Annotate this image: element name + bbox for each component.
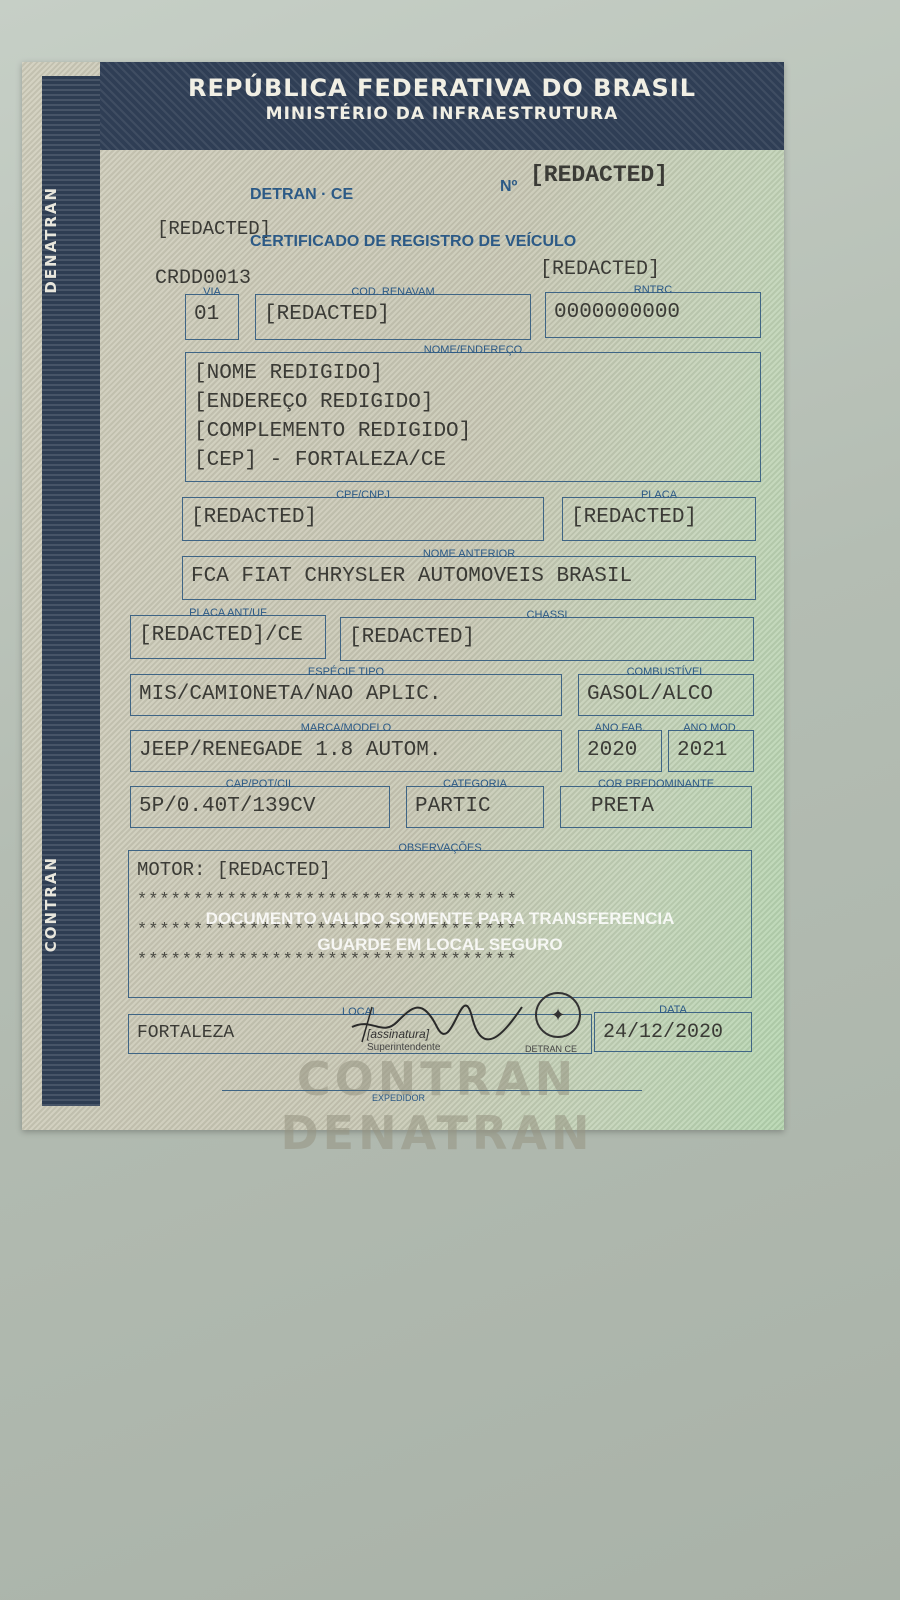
field-ano-fab: ANO FAB. 2020 <box>578 730 662 772</box>
field-ano-fab-label: ANO FAB. <box>592 722 649 734</box>
field-ano-mod-value: 2021 <box>677 739 727 762</box>
field-marca-modelo-value: JEEP/RENEGADE 1.8 AUTOM. <box>139 739 441 762</box>
overlay-transfer-notice: DOCUMENTO VALIDO SOMENTE PARA TRANSFEREN… <box>129 909 751 929</box>
number-prefix: Nº <box>500 178 517 196</box>
field-combustivel: COMBUSTÍVEL GASOL/ALCO <box>578 674 754 716</box>
field-renavam-label: COD. RENAVAM <box>348 286 437 298</box>
vehicle-registration-certificate: DENATRAN CONTRAN REPÚBLICA FEDERATIVA DO… <box>22 62 784 1130</box>
field-cpf-cnpj: CPF/CNPJ [REDACTED] <box>182 497 544 541</box>
side-label-bottom: CONTRAN <box>42 856 100 952</box>
field-ano-mod: ANO MOD. 2021 <box>668 730 754 772</box>
field-ano-mod-label: ANO MOD. <box>680 722 742 734</box>
field-renavam: COD. RENAVAM [REDACTED] <box>255 294 531 340</box>
field-ano-fab-value: 2020 <box>587 739 637 762</box>
detran-seal-icon: ✦ <box>535 992 581 1038</box>
document-title: CERTIFICADO DE REGISTRO DE VEÍCULO <box>250 233 576 251</box>
field-via-value: 01 <box>194 303 219 326</box>
header-republic: REPÚBLICA FEDERATIVA DO BRASIL <box>100 74 784 102</box>
field-local-value: FORTALEZA <box>137 1023 234 1043</box>
field-categoria: CATEGORIA PARTIC <box>406 786 544 828</box>
expedidor-line <box>222 1090 642 1091</box>
field-especie-tipo-label: ESPÉCIE TIPO <box>305 666 387 678</box>
field-combustivel-label: COMBUSTÍVEL <box>624 666 709 678</box>
field-especie-tipo: ESPÉCIE TIPO MIS/CAMIONETA/NAO APLIC. <box>130 674 562 716</box>
footer-emboss: CONTRAN DENATRAN <box>152 1052 722 1160</box>
field-data: DATA 24/12/2020 <box>594 1012 752 1052</box>
field-data-value: 24/12/2020 <box>603 1021 723 1044</box>
field-cap-pot-cil: CAP/POT/CIL 5P/0.40T/139CV <box>130 786 390 828</box>
field-nome-anterior-label: NOME ANTERIOR <box>420 548 518 560</box>
field-marca-modelo-label: MARCA/MODELO <box>298 722 394 734</box>
field-categoria-label: CATEGORIA <box>440 778 510 790</box>
field-combustivel-value: GASOL/ALCO <box>587 683 713 706</box>
field-via: VIA 01 <box>185 294 239 340</box>
field-placa-value: [REDACTED] <box>571 506 697 529</box>
field-especie-tipo-value: MIS/CAMIONETA/NAO APLIC. <box>139 683 441 706</box>
field-placa-anterior-label: PLACA ANT/UF <box>186 607 270 619</box>
field-cap-pot-cil-label: CAP/POT/CIL <box>223 778 297 790</box>
field-rntrc: RNTRC 0000000000 <box>545 292 761 338</box>
field-chassi-value: [REDACTED] <box>349 626 475 649</box>
side-security-band: DENATRAN CONTRAN <box>42 76 100 1106</box>
field-observacoes-label: OBSERVAÇÕES <box>395 842 484 854</box>
field-placa-anterior-value: [REDACTED]/CE <box>139 624 303 647</box>
field-nome-endereco: NOME/ENDEREÇO [NOME REDIGIDO] [ENDEREÇO … <box>185 352 761 482</box>
field-cor: COR PREDOMINANTE PRETA <box>560 786 752 828</box>
side-label-top: DENATRAN <box>42 186 100 294</box>
field-renavam-value: [REDACTED] <box>264 303 390 326</box>
field-rntrc-label: RNTRC <box>631 284 676 296</box>
serial-number-secondary: [REDACTED] <box>540 258 660 281</box>
signer-name: [assinatura] <box>367 1027 429 1041</box>
field-nome-endereco-label: NOME/ENDEREÇO <box>421 344 525 356</box>
stars-line-1: ********************************** <box>137 891 518 910</box>
header-ministry: MINISTÉRIO DA INFRAESTRUTURA <box>100 104 784 124</box>
field-chassi: CHASSI [REDACTED] <box>340 617 754 661</box>
motor-number: MOTOR: [REDACTED] <box>137 859 331 881</box>
field-cpf-cnpj-value: [REDACTED] <box>191 506 317 529</box>
field-cor-label: COR PREDOMINANTE <box>595 778 717 790</box>
field-cor-value: PRETA <box>591 795 654 818</box>
field-placa: PLACA [REDACTED] <box>562 497 756 541</box>
field-data-label: DATA <box>656 1004 690 1016</box>
field-nome-anterior-value: FCA FIAT CHRYSLER AUTOMOVEIS BRASIL <box>191 565 632 588</box>
field-marca-modelo: MARCA/MODELO JEEP/RENEGADE 1.8 AUTOM. <box>130 730 562 772</box>
field-nome-endereco-value: [NOME REDIGIDO] [ENDEREÇO REDIGIDO] [COM… <box>194 359 471 475</box>
field-placa-anterior: PLACA ANT/UF [REDACTED]/CE <box>130 615 326 659</box>
field-cpf-cnpj-label: CPF/CNPJ <box>333 489 393 501</box>
serial-number: [REDACTED] <box>530 162 668 188</box>
overlay-keep-safe: GUARDE EM LOCAL SEGURO <box>129 935 751 955</box>
field-rntrc-value: 0000000000 <box>554 301 680 324</box>
header-band: REPÚBLICA FEDERATIVA DO BRASIL MINISTÉRI… <box>100 62 784 150</box>
field-via-label: VIA <box>200 286 224 298</box>
field-categoria-value: PARTIC <box>415 795 491 818</box>
issuer-label: DETRAN · CE <box>250 186 353 204</box>
field-cap-pot-cil-value: 5P/0.40T/139CV <box>139 795 315 818</box>
field-placa-label: PLACA <box>638 489 680 501</box>
field-chassi-label: CHASSI <box>524 609 571 621</box>
field-nome-anterior: NOME ANTERIOR FCA FIAT CHRYSLER AUTOMOVE… <box>182 556 756 600</box>
expedidor-label: EXPEDIDOR <box>372 1093 425 1103</box>
